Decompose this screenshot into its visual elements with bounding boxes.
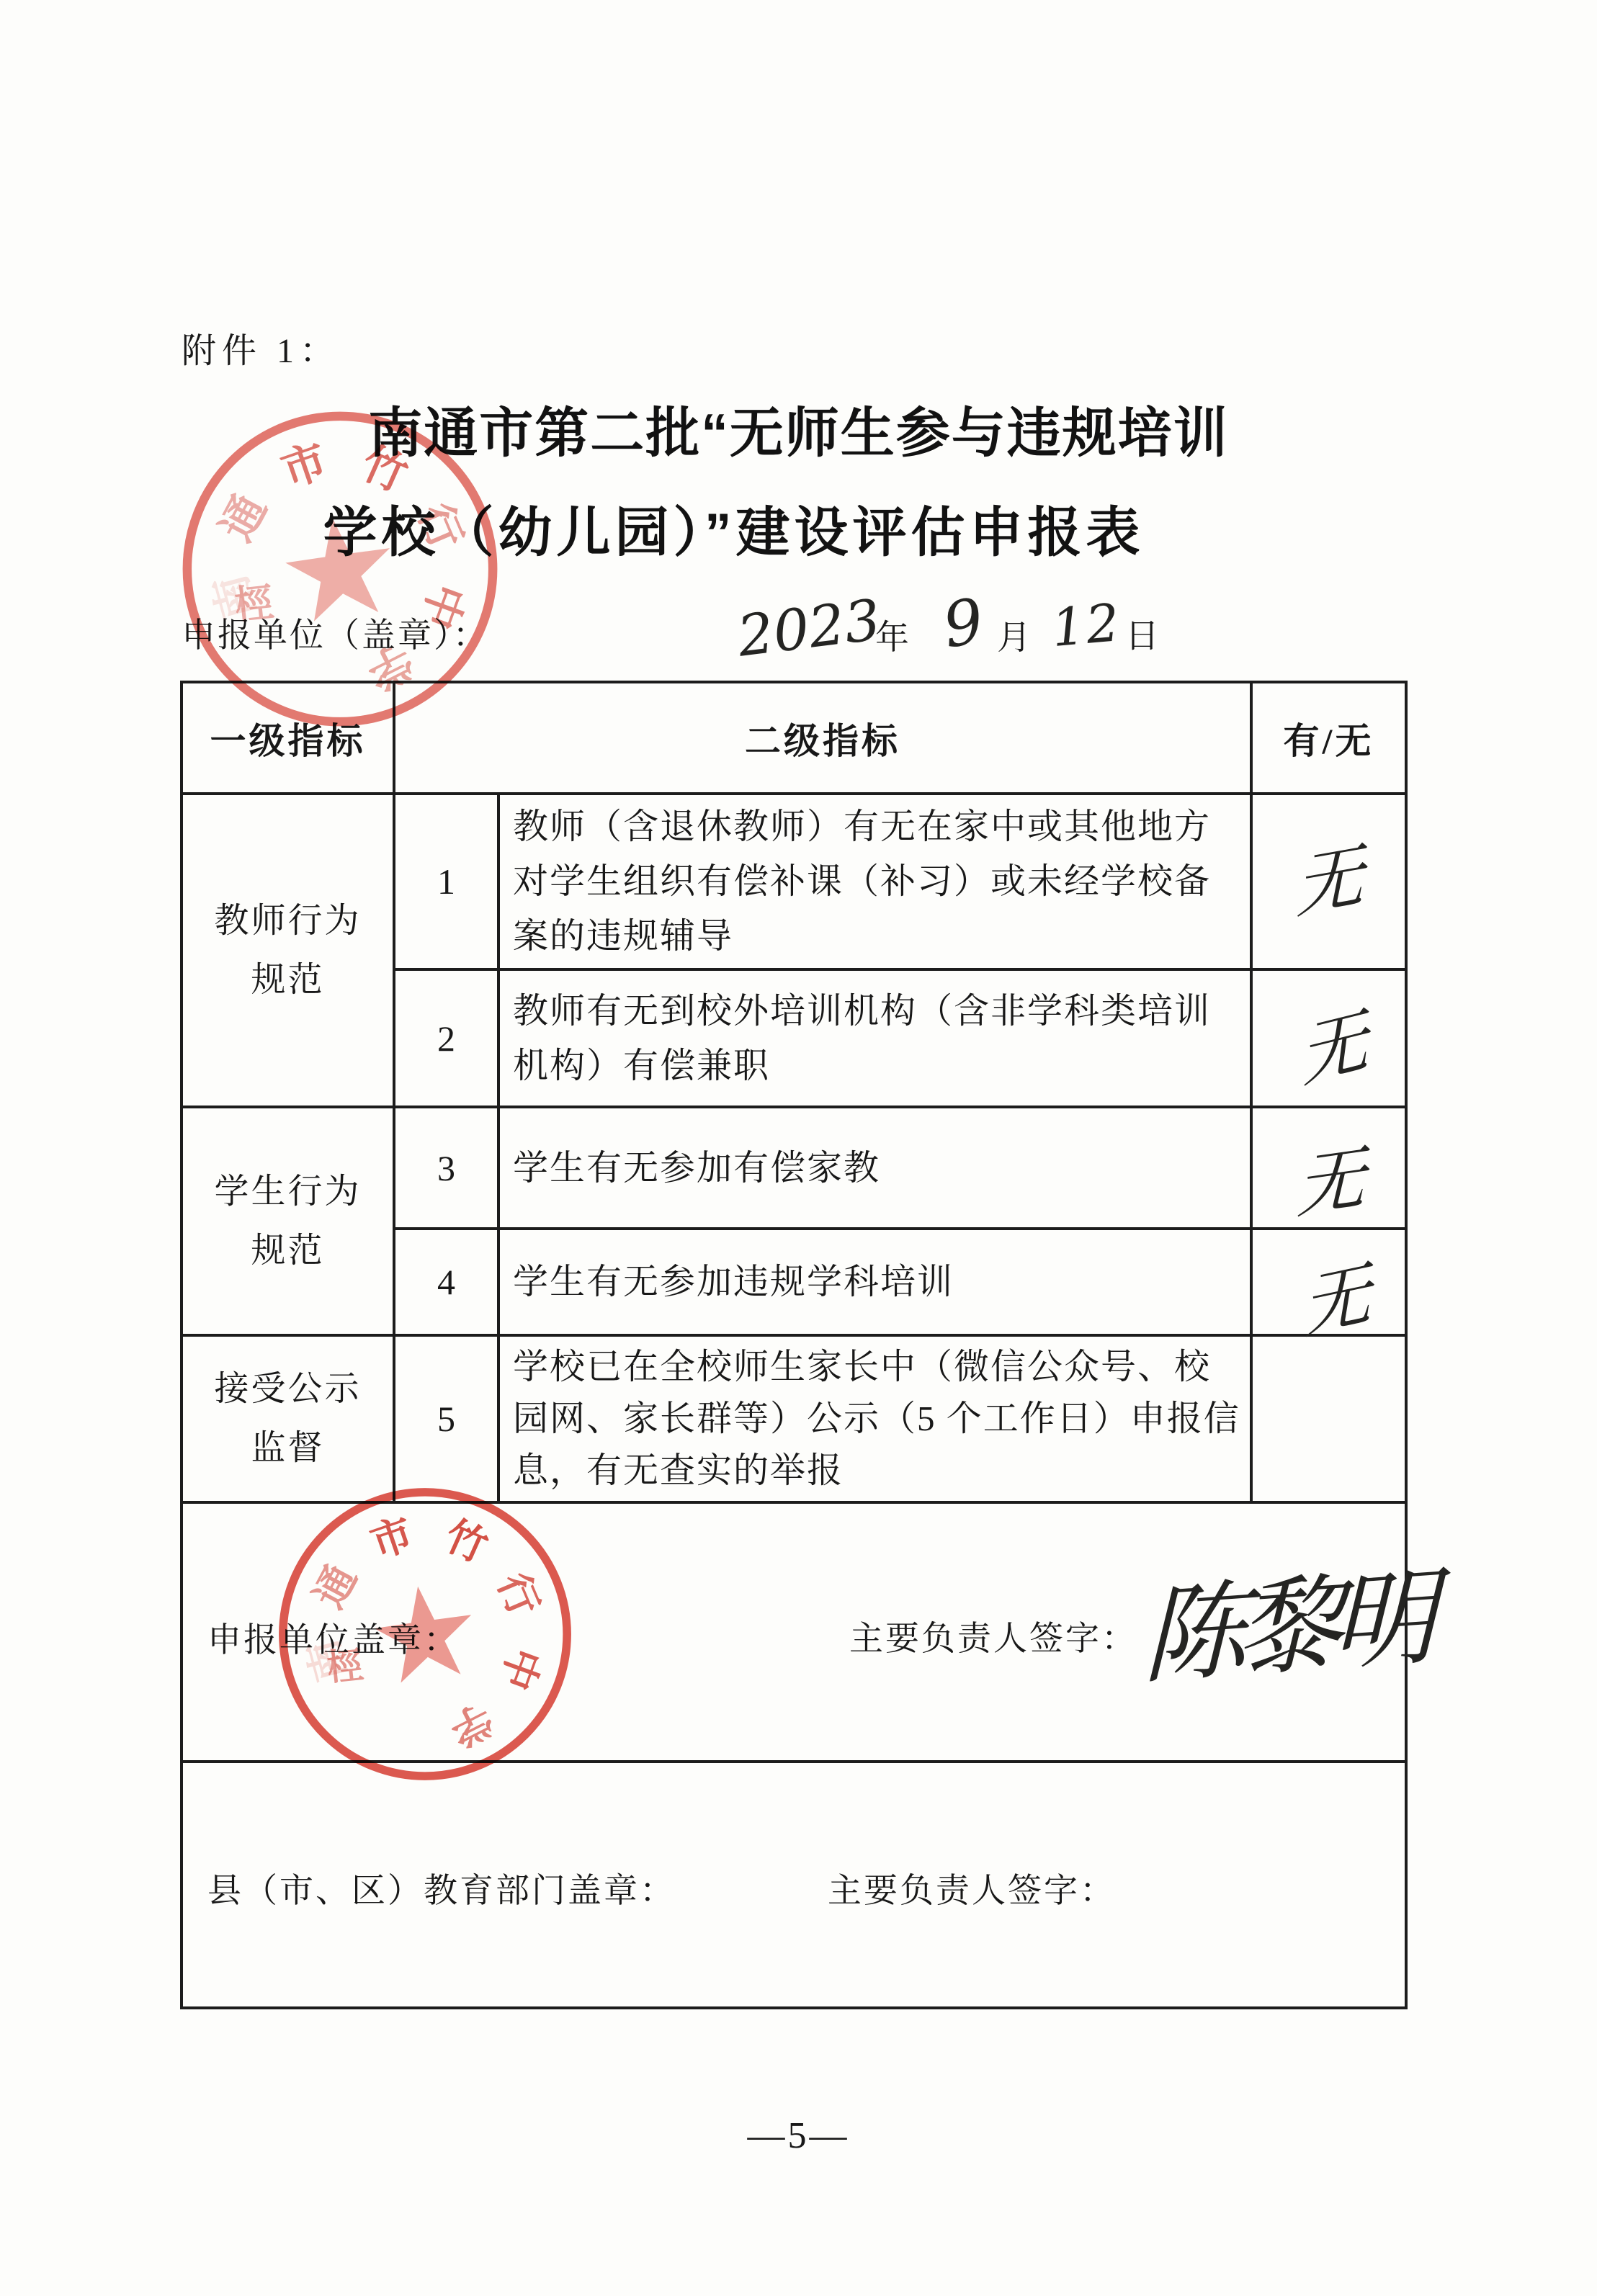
indicator-text: 教师（含退休教师）有无在家中或其他地方对学生组织有偿补课（补习）或未经学校备案的… — [498, 794, 1251, 969]
category-cell-publicity: 接受公示监督 — [182, 1335, 394, 1502]
table-row-5: 接受公示监督 5 学校已在全校师生家长中（微信公众号、校园网、家长群等）公示（5… — [182, 1335, 1406, 1502]
date-day-unit: 日 — [1125, 609, 1159, 658]
indicator-text: 学校已在全校师生家长中（微信公众号、校园网、家长群等）公示（5 个工作日）申报信… — [498, 1335, 1251, 1502]
sign-label: 主要负责人签字： — [849, 1612, 1137, 1660]
stamp-label: 县（市、区）教育部门盖章： — [207, 1864, 676, 1912]
date-day: 12 — [1050, 592, 1124, 658]
answer-cell: 无 — [1251, 969, 1406, 1107]
answer-cell: 无 — [1251, 1229, 1406, 1335]
table-row-3: 学生行为规范 3 学生有无参加有偿家教 无 — [182, 1107, 1406, 1229]
document-title: 南通市第二批“无师生参与违规培训 学校（幼儿园）”建设评估申报表 — [0, 383, 1597, 582]
indicator-text: 教师有无到校外培训机构（含非学科类培训机构）有偿兼职 — [498, 969, 1251, 1107]
row-number: 1 — [394, 794, 498, 969]
row-number: 5 — [394, 1335, 498, 1502]
title-line-1: 南通市第二批“无师生参与违规培训 — [368, 403, 1229, 463]
handwritten-answer: 无 — [1296, 1142, 1364, 1221]
indicator-text: 学生有无参加有偿家教 — [498, 1107, 1251, 1229]
page-number: —5— — [0, 2115, 1597, 2157]
handwritten-answer: 无 — [1299, 1259, 1372, 1343]
title-line-2: 学校（幼儿园）”建设评估申报表 — [0, 483, 1532, 582]
row-number: 2 — [394, 969, 498, 1107]
header-yes-no: 有/无 — [1251, 682, 1406, 794]
indicator-text: 学生有无参加违规学科培训 — [498, 1229, 1251, 1335]
header-level2: 二级指标 — [394, 682, 1251, 794]
date-month: 9 — [939, 585, 989, 662]
handwritten-signature: 陈黎明 — [1142, 1533, 1426, 1704]
county-stamp-section: 县（市、区）教育部门盖章： 主要负责人签字： — [182, 1762, 1406, 2008]
handwritten-answer: 无 — [1294, 840, 1364, 923]
category-cell-student: 学生行为规范 — [182, 1107, 394, 1335]
category-cell-teacher: 教师行为规范 — [182, 794, 394, 1107]
scanned-document-page: 附件 1： 南通市第二批“无师生参与违规培训 学校（幼儿园）”建设评估申报表 申… — [0, 0, 1597, 2296]
attachment-label: 附件 1： — [182, 323, 340, 372]
table-row-1: 教师行为规范 1 教师（含退休教师）有无在家中或其他地方对学生组织有偿补课（补习… — [182, 794, 1406, 969]
answer-cell: 无 — [1251, 794, 1406, 969]
header-level1: 一级指标 — [182, 682, 394, 794]
sign-label: 主要负责人签字： — [828, 1864, 1116, 1912]
table-header-row: 一级指标 二级指标 有/无 — [182, 682, 1406, 794]
declare-unit-label: 申报单位（盖章）： — [182, 609, 489, 657]
date-year-unit: 年 — [875, 611, 909, 659]
answer-cell: 无 — [1251, 1107, 1406, 1229]
county-stamp-section-cell: 县（市、区）教育部门盖章： 主要负责人签字： — [182, 1762, 1406, 2008]
row-number: 4 — [394, 1229, 498, 1335]
answer-cell-empty — [1251, 1335, 1406, 1502]
indicators-table: 一级指标 二级指标 有/无 教师行为规范 1 教师（含退休教师）有无在家中或其他… — [180, 681, 1408, 2009]
stamp-label: 申报单位盖章： — [207, 1613, 460, 1662]
handwritten-date: 2023 年 9 月 12 日 — [728, 589, 1232, 683]
handwritten-answer: 无 — [1296, 1005, 1370, 1092]
row-number: 3 — [394, 1107, 498, 1229]
date-year: 2023 — [734, 588, 884, 670]
date-month-unit: 月 — [997, 611, 1031, 659]
